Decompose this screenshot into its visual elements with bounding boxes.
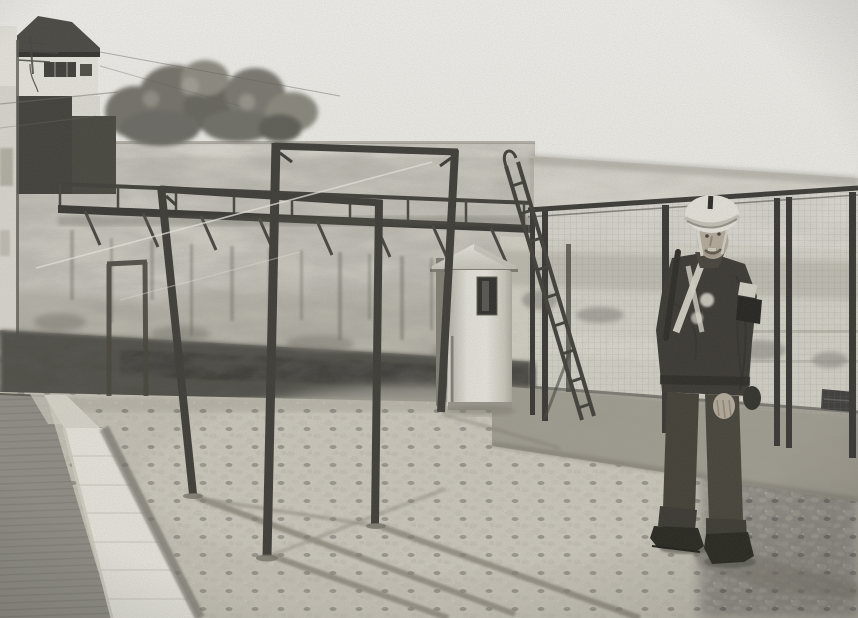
courtyard-photograph <box>0 0 858 618</box>
photo-canvas <box>0 0 858 618</box>
tone-haze <box>0 0 858 618</box>
